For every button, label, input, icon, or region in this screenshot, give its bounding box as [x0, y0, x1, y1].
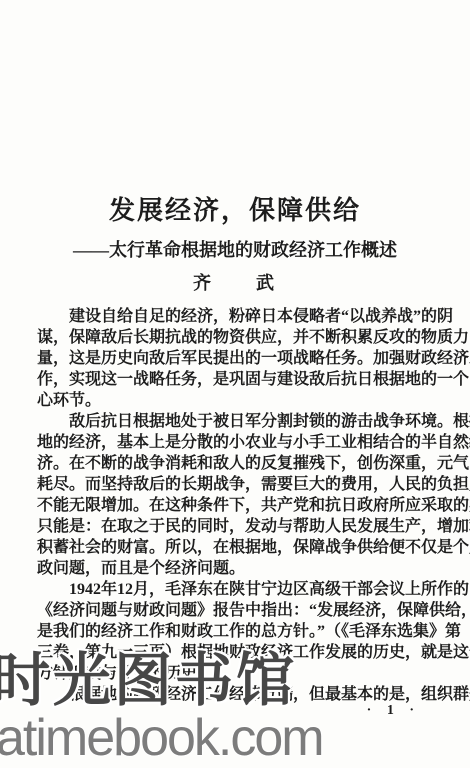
text-line: 济。在不断的战争消耗和敌人的反复摧残下，创伤深重，元气日益 [37, 453, 440, 474]
text-line: 政问题，而且是个经济问题。 [37, 558, 440, 579]
paragraph-2: 敌后抗日根据地处于被日军分割封锁的游击战争环境。根据 地的经济，基本上是分散的小… [37, 411, 440, 579]
text-line: 《经济问题与财政问题》报告中指出：“发展经济，保障供给， [37, 600, 440, 621]
scanned-book-page: 发展经济，保障供给 ——太行革命根据地的财政经济工作概述 齐 武 建设自给自足的… [0, 0, 470, 768]
text-line: 量，这是历史向敌后军民提出的一项战略任务。加强财政经济工 [37, 348, 440, 369]
article-title: 发展经济，保障供给 [0, 190, 470, 227]
text-line: 地的经济，基本上是分散的小农业与小手工业相结合的半自然经 [37, 432, 440, 453]
text-line: 谋，保障敌后长期抗战的物资供应，并不断积累反攻的物质力 [37, 327, 440, 348]
text-line: 建设自给自足的经济，粉碎日本侵略者“以战养战”的阴 [37, 306, 440, 327]
paragraph-1: 建设自给自足的经济，粉碎日本侵略者“以战养战”的阴 谋，保障敌后长期抗战的物资供… [37, 306, 440, 411]
text-line: 心环节。 [37, 390, 440, 411]
text-line: 敌后抗日根据地处于被日军分割封锁的游击战争环境。根据 [37, 411, 440, 432]
paragraph-3: 1942年12月，毛泽东在陕甘宁边区高级干部会议上所作的 《经济问题与财政问题》… [37, 579, 440, 684]
text-line: 方针形成与贯彻的历史。 [37, 663, 440, 684]
text-line: 只能是：在取之于民的同时，发动与帮助人民发展生产，增加和 [37, 516, 440, 537]
text-line: 积蓄社会的财富。所以，在根据地，保障战争供给便不仅是个财 [37, 537, 440, 558]
text-line: 三卷，第九一三页）根据地财政经济工作发展的历史，就是这一 [37, 642, 440, 663]
page-number: · 1 · [367, 703, 420, 719]
text-line: 1942年12月，毛泽东在陕甘宁边区高级干部会议上所作的 [37, 579, 440, 600]
text-line: 耗尽。而坚持敌后的长期战争，需要巨大的费用，人民的负担又 [37, 474, 440, 495]
text-line: 根据地的财政经济工作经纬万端，但最基本的是，组织群众 [37, 684, 440, 705]
text-line: 作，实现这一战略任务，是巩固与建设敌后抗日根据地的一个中 [37, 369, 440, 390]
watermark-domain-text: atimebook.com [0, 712, 323, 764]
text-line: 不能无限增加。在这种条件下，共产党和抗日政府所应采取的办法 [37, 495, 440, 516]
author-name: 齐 武 [0, 269, 470, 295]
article-body: 建设自给自足的经济，粉碎日本侵略者“以战养战”的阴 谋，保障敌后长期抗战的物资供… [0, 306, 470, 705]
article-subtitle: ——太行革命根据地的财政经济工作概述 [0, 236, 470, 262]
paragraph-4: 根据地的财政经济工作经纬万端，但最基本的是，组织群众 [37, 684, 440, 705]
text-line: 是我们的经济工作和财政工作的总方针。”（《毛泽东选集》第 [37, 621, 440, 642]
